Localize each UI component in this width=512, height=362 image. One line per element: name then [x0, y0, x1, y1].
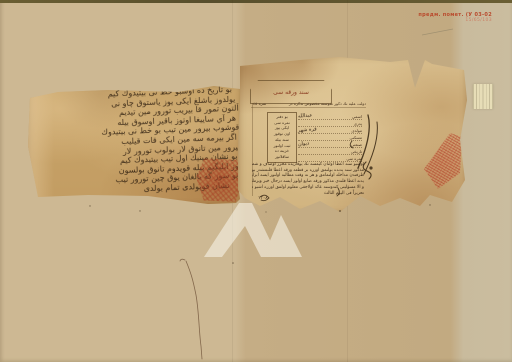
- scratch-line: [422, 29, 453, 35]
- hair-line: [180, 259, 185, 261]
- ink-blot: [369, 166, 372, 169]
- scan-edge-strip: [0, 0, 512, 3]
- scanned-archive-image: предм. помет. (У 03-02 15/65/103 بو تاري…: [0, 0, 512, 362]
- printed-form-document: سند ورقه سی نمره ٤٥ دولت عليه نك ذکور نف…: [238, 55, 468, 217]
- fragment-blank-margin: [28, 84, 54, 206]
- hair-line: [186, 261, 202, 359]
- dust-specks: [89, 204, 430, 264]
- shelfmark-line2: 15/65/103: [418, 18, 492, 24]
- handwritten-pen-marks: [238, 55, 468, 217]
- archive-shelfmark-label: предм. помет. (У 03-02 15/65/103: [418, 12, 492, 24]
- manuscript-fragment: بو تاريخ ده اوشبو خط نی بيتيدوك کيم يولد…: [28, 84, 242, 206]
- barcode-sticker: [473, 84, 493, 109]
